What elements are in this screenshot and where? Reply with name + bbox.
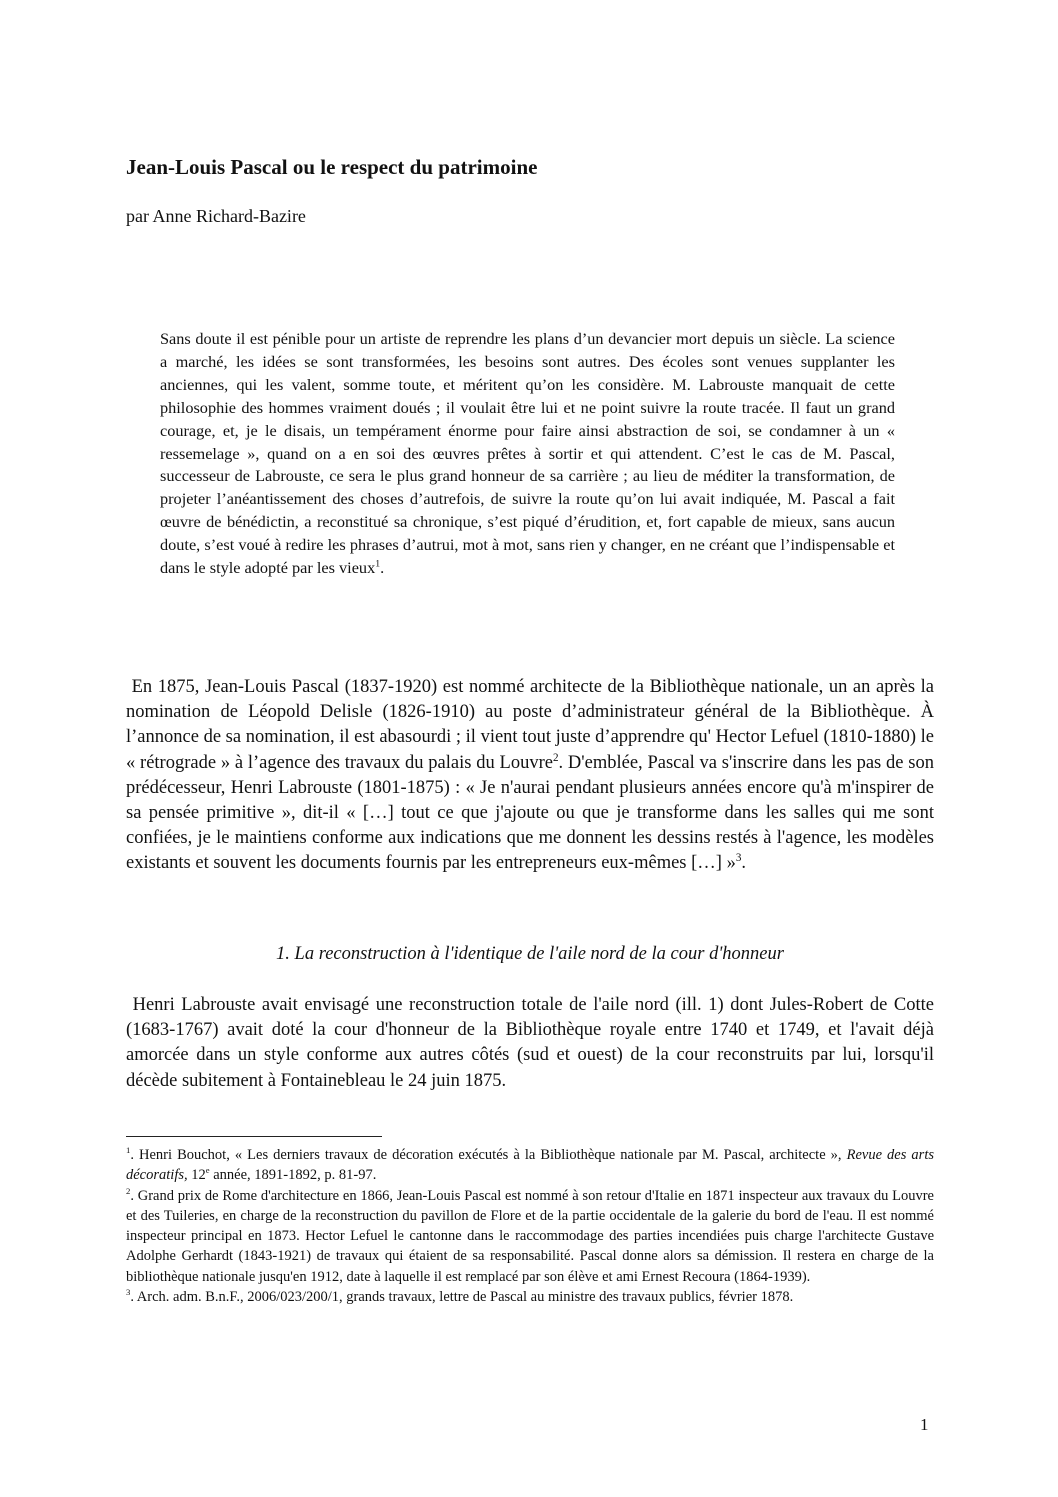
epigraph-text: Sans doute il est pénible pour un artist… bbox=[160, 329, 895, 577]
footnote-3: 3. Arch. adm. B.n.F., 2006/023/200/1, gr… bbox=[126, 1287, 934, 1307]
footnote-divider bbox=[126, 1136, 382, 1137]
page-number: 1 bbox=[920, 1415, 929, 1435]
footnote-2: 2. Grand prix de Rome d'architecture en … bbox=[126, 1186, 934, 1287]
body-paragraph-1: En 1875, Jean-Louis Pascal (1837-1920) e… bbox=[126, 675, 934, 877]
epigraph-quote: Sans doute il est pénible pour un artist… bbox=[160, 328, 895, 580]
section-heading: 1. La reconstruction à l'identique de l'… bbox=[126, 944, 934, 965]
author-line: par Anne Richard-Bazire bbox=[126, 206, 306, 227]
body-paragraph-2: Henri Labrouste avait envisagé une recon… bbox=[126, 993, 934, 1094]
footnotes: 1. Henri Bouchot, « Les derniers travaux… bbox=[126, 1145, 934, 1307]
document-title: Jean-Louis Pascal ou le respect du patri… bbox=[126, 155, 537, 180]
footnote-1: 1. Henri Bouchot, « Les derniers travaux… bbox=[126, 1145, 934, 1186]
